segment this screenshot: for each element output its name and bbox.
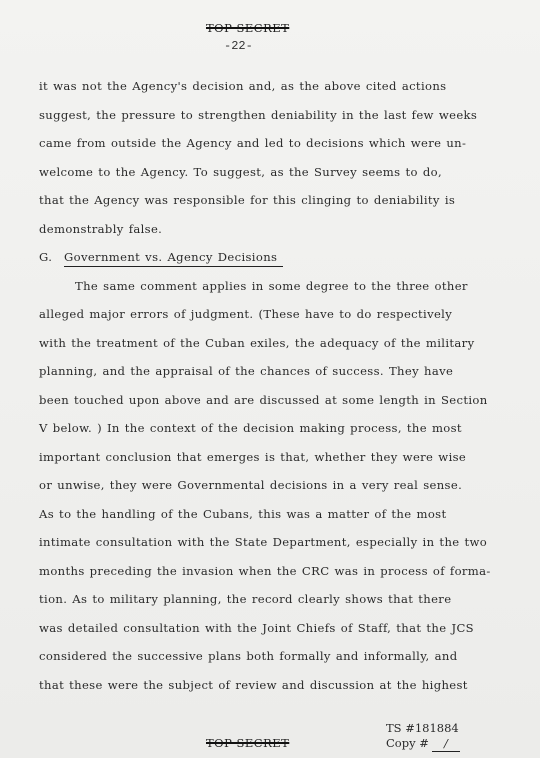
text-line: been touched upon above and are discusse… — [39, 391, 519, 420]
text-line: suggest, the pressure to strengthen deni… — [39, 106, 519, 135]
document-page: TOP SECRET -22- it was not the Agency's … — [0, 0, 540, 758]
text-line: with the treatment of the Cuban exiles, … — [39, 334, 519, 363]
page-number: -22- — [224, 39, 253, 53]
text-line: months preceding the invasion when the C… — [39, 562, 519, 591]
section-heading: G.Government vs. Agency Decisions — [39, 248, 519, 277]
text-line: V below. ) In the context of the decisio… — [39, 419, 519, 448]
text-line: As to the handling of the Cubans, this w… — [39, 505, 519, 534]
bottom-classification-marking: TOP SECRET — [206, 736, 289, 750]
text-line: that the Agency was responsible for this… — [39, 191, 519, 220]
text-line: tion. As to military planning, the recor… — [39, 590, 519, 619]
section-title: Government vs. Agency Decisions — [64, 250, 283, 267]
text-line: The same comment applies in some degree … — [39, 277, 519, 306]
copy-line: Copy #/ — [386, 736, 460, 752]
text-line: or unwise, they were Governmental decisi… — [39, 476, 519, 505]
copy-number: / — [432, 736, 460, 752]
text-line: was detailed consultation with the Joint… — [39, 619, 519, 648]
section-letter: G. — [39, 248, 64, 266]
ts-number: TS #181884 — [386, 721, 460, 736]
text-line: it was not the Agency's decision and, as… — [39, 77, 519, 106]
document-reference: TS #181884 Copy #/ — [386, 721, 460, 752]
top-classification-marking: TOP SECRET — [206, 21, 289, 35]
text-line: considered the successive plans both for… — [39, 647, 519, 676]
text-line: that these were the subject of review an… — [39, 676, 519, 705]
text-line: alleged major errors of judgment. (These… — [39, 305, 519, 334]
text-line: welcome to the Agency. To suggest, as th… — [39, 163, 519, 192]
text-line: important conclusion that emerges is tha… — [39, 448, 519, 477]
copy-label: Copy # — [386, 736, 429, 750]
text-line: came from outside the Agency and led to … — [39, 134, 519, 163]
body-text: it was not the Agency's decision and, as… — [39, 77, 519, 704]
text-line: demonstrably false. — [39, 220, 519, 249]
text-line: intimate consultation with the State Dep… — [39, 533, 519, 562]
text-line: planning, and the appraisal of the chanc… — [39, 362, 519, 391]
